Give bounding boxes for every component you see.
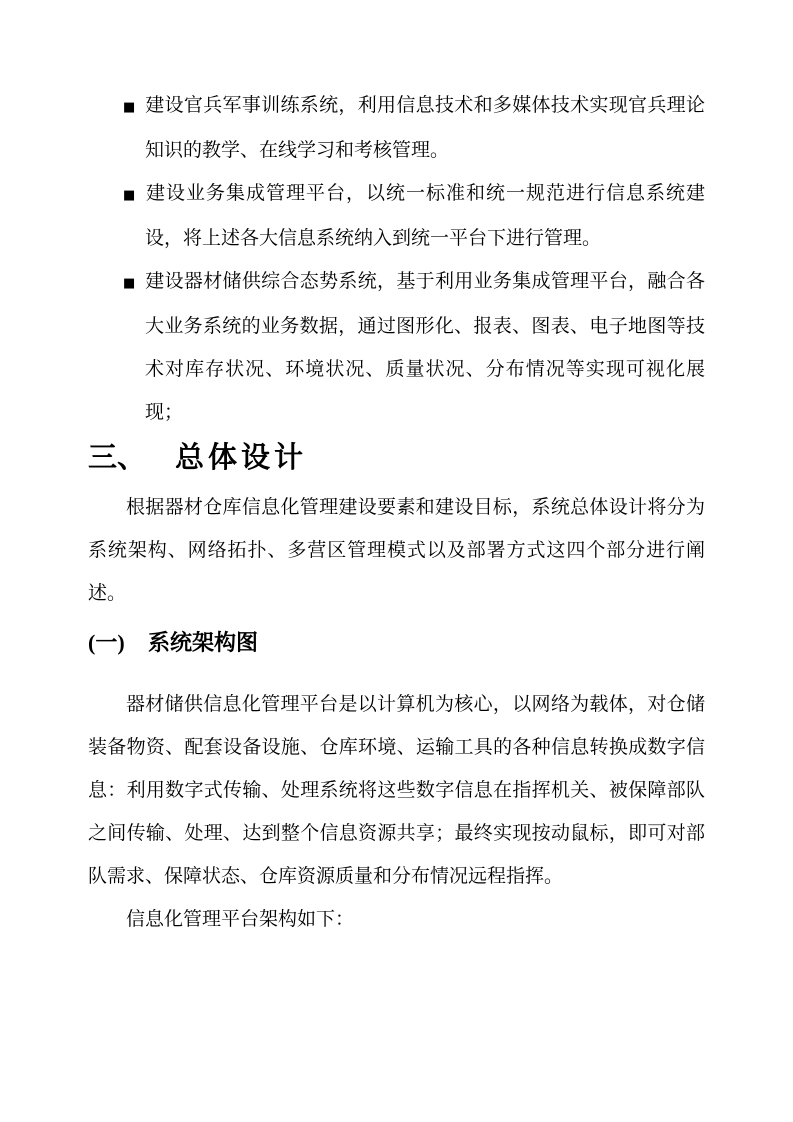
subsection-heading-title: 系统架构图 (148, 630, 258, 655)
section-heading-number: 三、 (88, 435, 175, 481)
section-heading-title: 总体设计 (175, 442, 307, 474)
list-item: ■建设器材储供综合态势系统，基于利用业务集成管理平台，融合各大业务系统的业务数据… (88, 260, 705, 434)
list-item: ■建设官兵军事训练系统，利用信息技术和多媒体技术实现官兵理论知识的教学、在线学习… (88, 84, 705, 172)
square-bullet-icon: ■ (123, 174, 145, 217)
bullet-text: 建设器材储供综合态势系统，基于利用业务集成管理平台，融合各大业务系统的业务数据，… (145, 271, 705, 423)
list-item: ■建设业务集成管理平台，以统一标准和统一规范进行信息系统建设，将上述各大信息系统… (88, 172, 705, 260)
square-bullet-icon: ■ (123, 86, 145, 129)
bullet-text: 建设官兵军事训练系统，利用信息技术和多媒体技术实现官兵理论知识的教学、在线学习和… (145, 95, 705, 161)
bullet-text: 建设业务集成管理平台，以统一标准和统一规范进行信息系统建设，将上述各大信息系统纳… (145, 183, 705, 249)
subsection-heading: (一)系统架构图 (88, 628, 705, 658)
bullet-list: ■建设官兵军事训练系统，利用信息技术和多媒体技术实现官兵理论知识的教学、在线学习… (88, 84, 705, 434)
intro-paragraph: 根据器材仓库信息化管理建设要素和建设目标，系统总体设计将分为系统架构、网络拓扑、… (88, 486, 705, 615)
subsection-heading-number: (一) (88, 628, 148, 658)
section-heading: 三、总体设计 (88, 435, 705, 481)
body-paragraph: 器材储供信息化管理平台是以计算机为核心，以网络为载体，对仓储装备物资、配套设备设… (88, 683, 705, 898)
square-bullet-icon: ■ (123, 262, 145, 305)
document-page: ■建设官兵军事训练系统，利用信息技术和多媒体技术实现官兵理论知识的教学、在线学习… (0, 0, 793, 1122)
closing-line: 信息化管理平台架构如下： (88, 898, 705, 941)
